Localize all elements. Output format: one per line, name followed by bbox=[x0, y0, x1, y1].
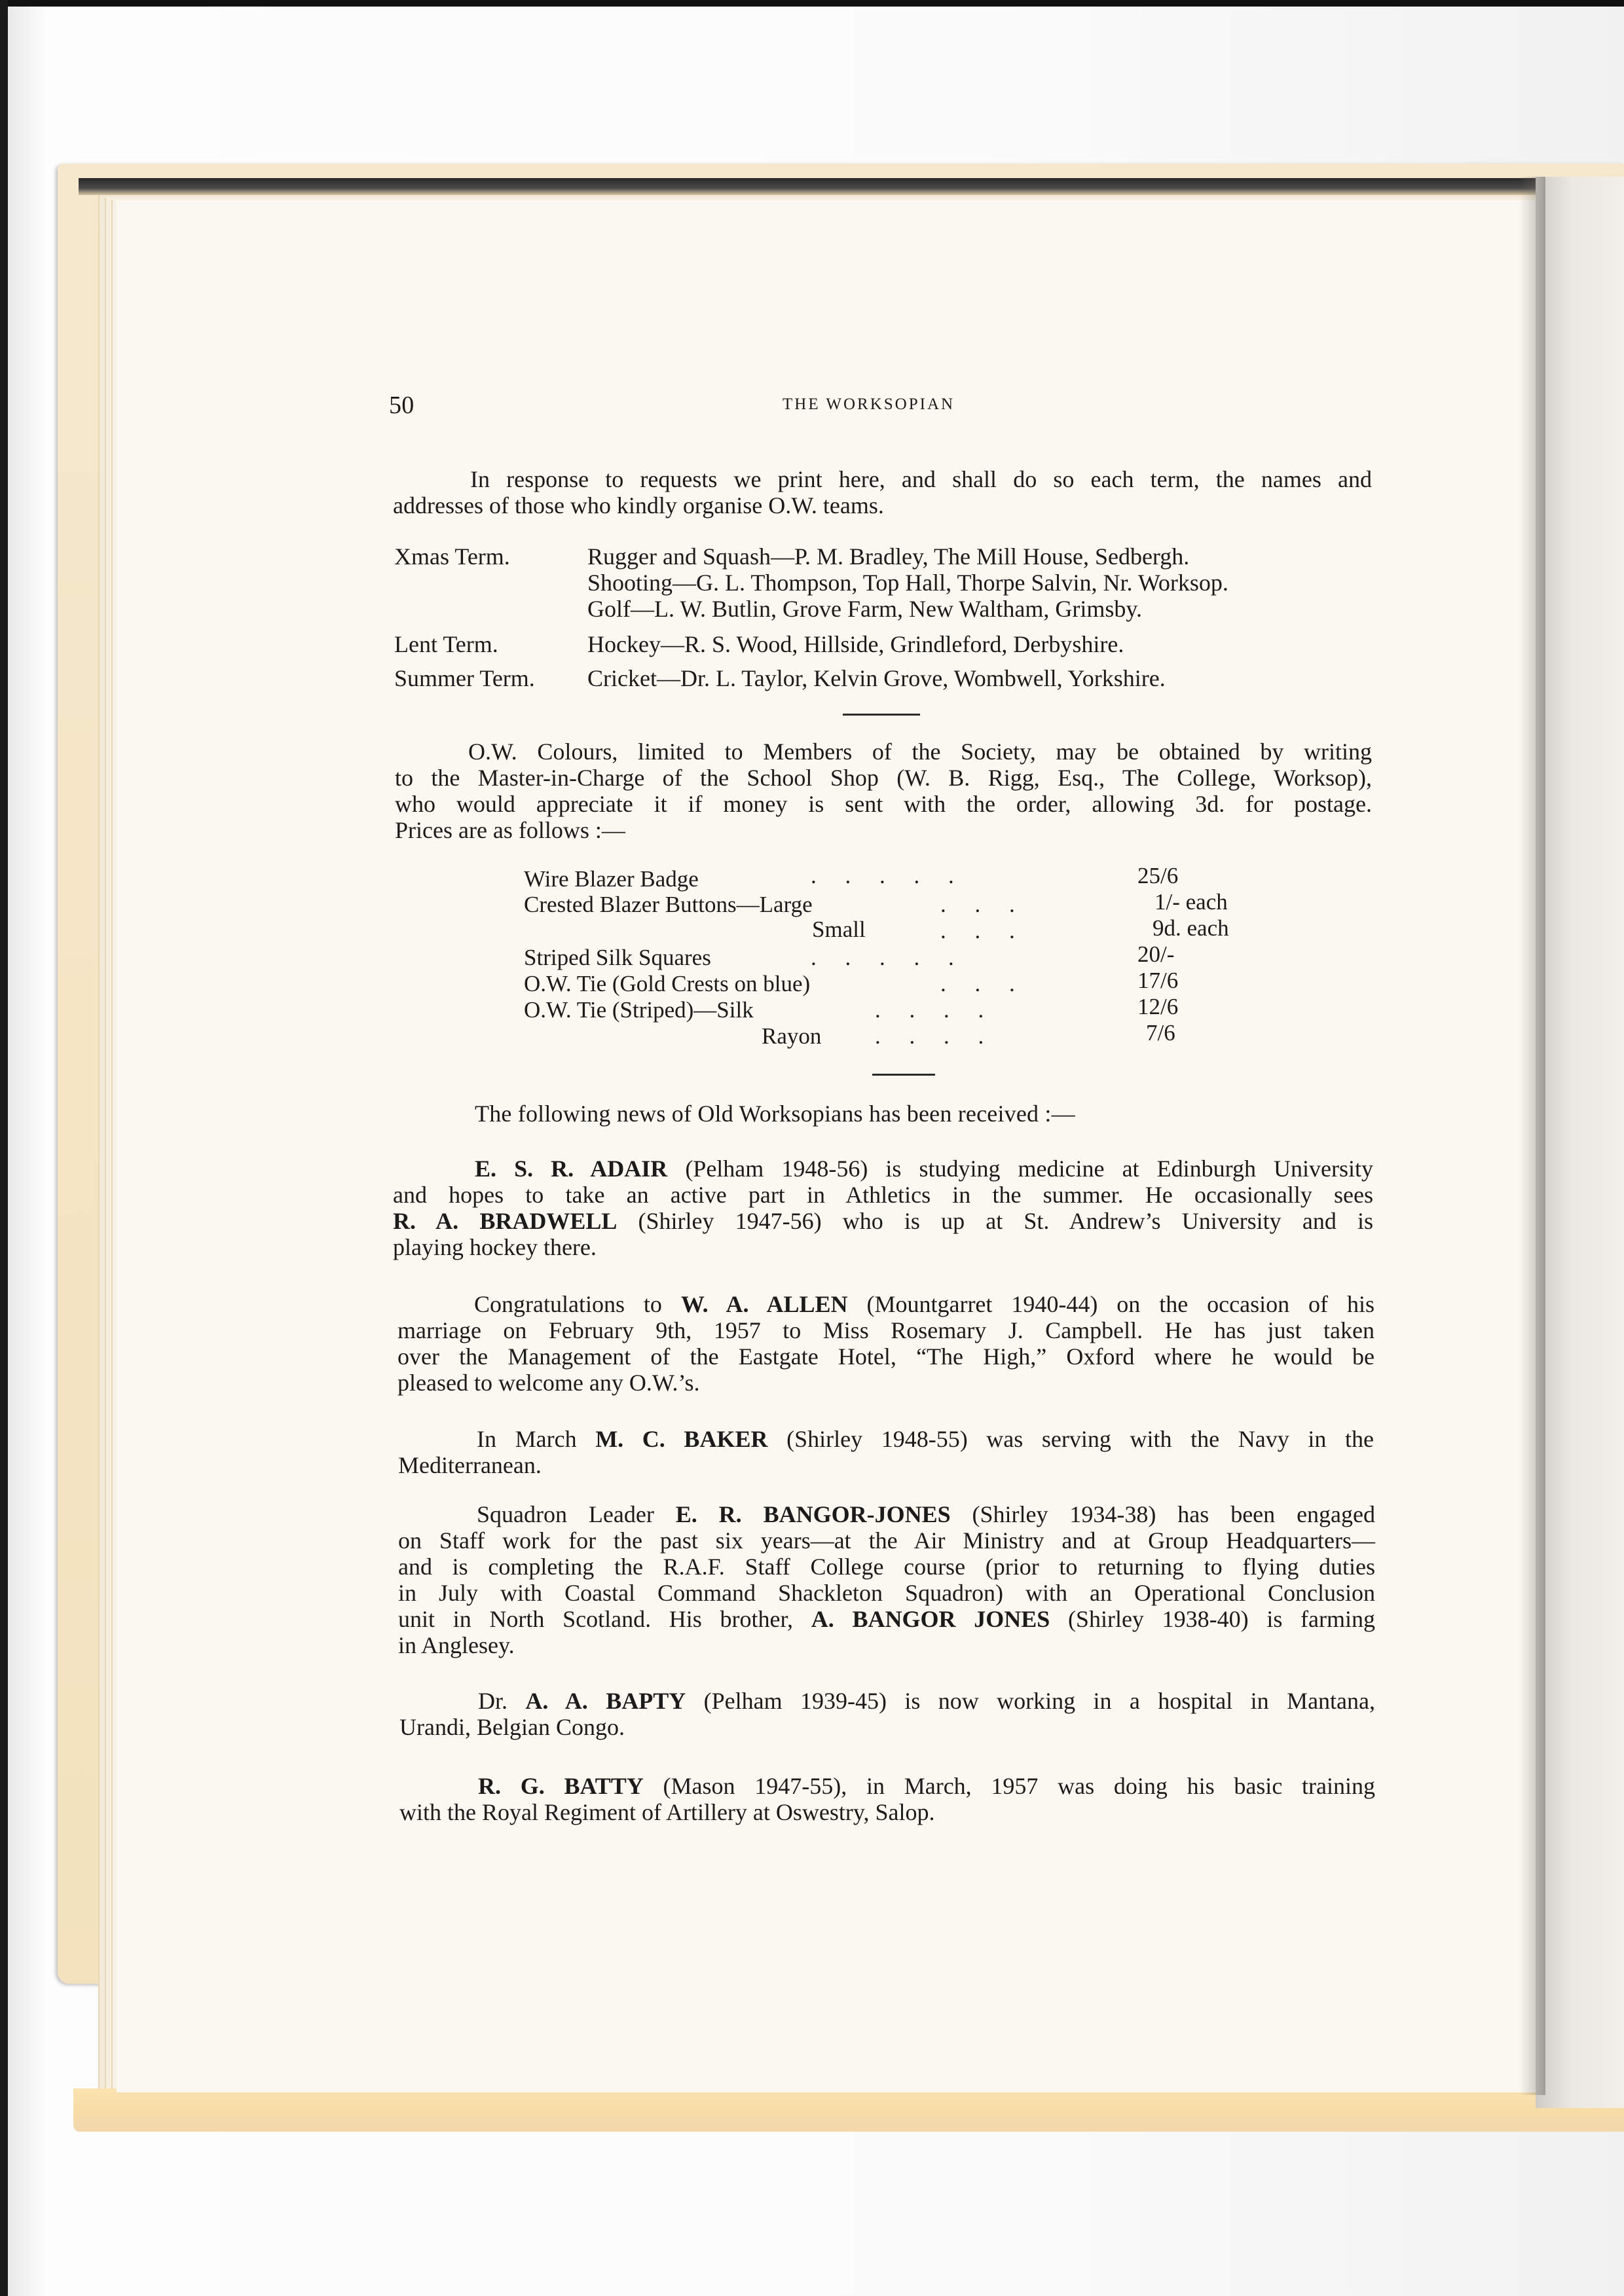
colours-paragraph: O.W. Colours, limited to Members of the … bbox=[395, 738, 1372, 843]
team-entry: Hockey—R. S. Wood, Hillside, Grindleford… bbox=[587, 630, 1124, 658]
news-text: pleased to welcome any O.W.’s. bbox=[397, 1370, 1375, 1396]
leader-dots: . . . . bbox=[875, 997, 984, 1023]
price-item: O.W. Tie (Striped)—Silk bbox=[524, 997, 754, 1023]
intro-paragraph: In response to requests we print here, a… bbox=[393, 466, 1372, 519]
price-item: Crested Blazer Buttons—Large bbox=[524, 892, 813, 918]
binding-gutter-shadow bbox=[1519, 177, 1545, 2095]
news-text: playing hockey there. bbox=[393, 1234, 1373, 1260]
price-value: 25/6 bbox=[1137, 863, 1178, 889]
news-text: (Shirley 1948-55) was serving with the N… bbox=[767, 1426, 1374, 1452]
scanner-edge-left bbox=[0, 0, 8, 2296]
price-item: Striped Silk Squares bbox=[524, 945, 711, 971]
price-item: O.W. Tie (Gold Crests on blue) bbox=[524, 971, 810, 997]
price-value: 17/6 bbox=[1137, 968, 1178, 994]
news-intro: The following news of Old Worksopians ha… bbox=[475, 1102, 1075, 1125]
price-value: 7/6 bbox=[1146, 1020, 1175, 1046]
news-text: (Pelham 1939-45) is now working in a hos… bbox=[686, 1688, 1375, 1714]
news-text: (Shirley 1934-38) has been engaged bbox=[951, 1501, 1375, 1527]
news-text: (Shirley 1947-56) who is up at St. Andre… bbox=[617, 1208, 1373, 1234]
price-item: Wire Blazer Badge bbox=[524, 866, 699, 892]
price-value: 12/6 bbox=[1137, 994, 1178, 1020]
team-entry: Rugger and Squash—P. M. Bradley, The Mil… bbox=[587, 543, 1189, 570]
news-item-bangor-jones: Squadron Leader E. R. BANGOR-JONES (Shir… bbox=[398, 1501, 1375, 1658]
price-value: 1/- each bbox=[1154, 889, 1228, 915]
person-name: A. A. BAPTY bbox=[525, 1688, 686, 1714]
news-text: over the Management of the Eastgate Hote… bbox=[397, 1343, 1375, 1370]
person-name: R. A. BRADWELL bbox=[393, 1208, 617, 1234]
price-value: 9d. each bbox=[1153, 915, 1229, 941]
news-text: with the Royal Regiment of Artillery at … bbox=[399, 1799, 1375, 1825]
news-item-batty: R. G. BATTY (Mason 1947-55), in March, 1… bbox=[399, 1773, 1375, 1825]
price-item: Rayon bbox=[762, 1023, 821, 1049]
term-label-lent: Lent Term. bbox=[394, 630, 498, 658]
colours-line: to the Master-in-Charge of the School Sh… bbox=[395, 765, 1372, 791]
news-text: (Mountgarret 1940-44) on the occasion of… bbox=[848, 1291, 1375, 1317]
section-divider bbox=[843, 714, 920, 716]
intro-line: addresses of those who kindly organise O… bbox=[393, 492, 1372, 519]
news-text: (Pelham 1948-56) is studying medicine at… bbox=[667, 1156, 1373, 1182]
news-item-baker: In March M. C. BAKER (Shirley 1948-55) w… bbox=[398, 1426, 1374, 1478]
person-name: A. BANGOR JONES bbox=[811, 1606, 1050, 1632]
colours-line: who would appreciate it if money is sent… bbox=[395, 791, 1372, 817]
news-text: In March bbox=[477, 1426, 595, 1452]
person-name: E. S. R. ADAIR bbox=[475, 1156, 667, 1182]
team-entry: Cricket—Dr. L. Taylor, Kelvin Grove, Wom… bbox=[587, 665, 1166, 692]
news-text: (Shirley 1938-40) is farming bbox=[1050, 1606, 1375, 1632]
term-label-summer: Summer Term. bbox=[394, 665, 535, 692]
news-text: Mediterranean. bbox=[398, 1452, 1374, 1478]
colours-line: O.W. Colours, limited to Members of the … bbox=[395, 738, 1372, 765]
colours-line: Prices are as follows :— bbox=[395, 817, 1372, 843]
facing-page bbox=[1536, 177, 1624, 2108]
leader-dots: . . . bbox=[940, 892, 1015, 918]
news-item-allen: Congratulations to W. A. ALLEN (Mountgar… bbox=[397, 1291, 1375, 1396]
news-text: Dr. bbox=[478, 1688, 525, 1714]
price-value: 20/- bbox=[1137, 941, 1174, 968]
scanner-edge-top bbox=[0, 0, 1624, 7]
leader-dots: . . . bbox=[940, 971, 1015, 997]
news-text: (Mason 1947-55), in March, 1957 was doin… bbox=[644, 1773, 1375, 1799]
news-text: and hopes to take an active part in Athl… bbox=[393, 1182, 1373, 1208]
page-number: 50 bbox=[389, 393, 414, 418]
news-item-adair: E. S. R. ADAIR (Pelham 1948-56) is study… bbox=[393, 1156, 1373, 1260]
news-text: on Staff work for the past six years—at … bbox=[398, 1527, 1375, 1554]
news-text: Urandi, Belgian Congo. bbox=[399, 1714, 1375, 1740]
running-head: THE WORKSOPIAN bbox=[783, 396, 955, 412]
person-name: E. R. BANGOR-JONES bbox=[676, 1501, 951, 1527]
news-text: in Anglesey. bbox=[398, 1632, 1375, 1658]
person-name: W. A. ALLEN bbox=[681, 1291, 848, 1317]
news-text: and is completing the R.A.F. Staff Colle… bbox=[398, 1554, 1375, 1580]
news-item-bapty: Dr. A. A. BAPTY (Pelham 1939-45) is now … bbox=[399, 1688, 1375, 1740]
intro-line: In response to requests we print here, a… bbox=[393, 466, 1372, 492]
person-name: M. C. BAKER bbox=[595, 1426, 767, 1452]
page-stack-top-edge bbox=[79, 178, 1624, 195]
term-label-xmas: Xmas Term. bbox=[394, 543, 510, 570]
person-name: R. G. BATTY bbox=[478, 1773, 644, 1799]
news-text: in July with Coastal Command Shackleton … bbox=[398, 1580, 1375, 1606]
news-text: Congratulations to bbox=[474, 1291, 681, 1317]
news-text: Squadron Leader bbox=[477, 1501, 676, 1527]
news-text: unit in North Scotland. His brother, bbox=[398, 1606, 811, 1632]
leader-dots: . . . . . bbox=[811, 863, 954, 889]
leader-dots: . . . bbox=[940, 918, 1015, 944]
team-entry: Golf—L. W. Butlin, Grove Farm, New Walth… bbox=[587, 595, 1142, 623]
team-entry: Shooting—G. L. Thompson, Top Hall, Thorp… bbox=[587, 569, 1228, 596]
news-text: marriage on February 9th, 1957 to Miss R… bbox=[397, 1317, 1375, 1343]
leader-dots: . . . . . bbox=[811, 945, 954, 971]
book-cover-bottom-edge bbox=[73, 2088, 1624, 2132]
section-divider bbox=[872, 1074, 935, 1076]
leader-dots: . . . . bbox=[875, 1023, 984, 1049]
price-item: Small bbox=[812, 917, 866, 943]
